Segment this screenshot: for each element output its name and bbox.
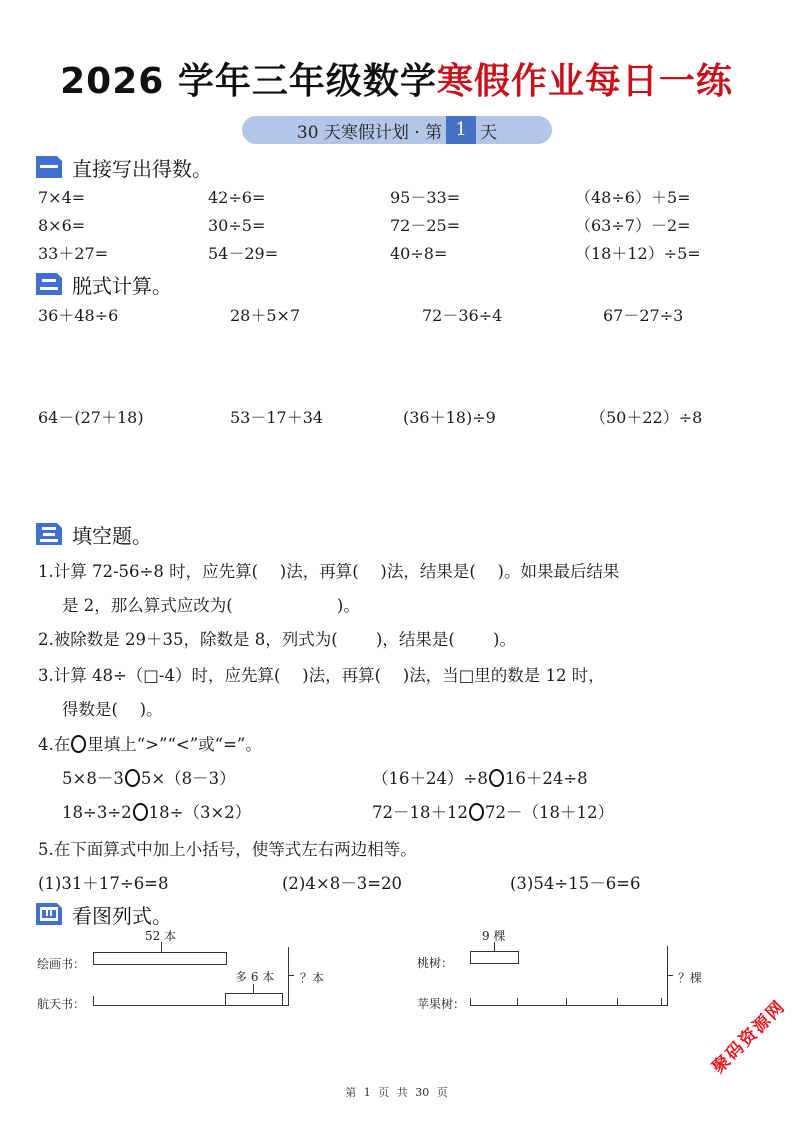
- problem: （63÷7）－2=: [575, 215, 691, 237]
- row-1-label: 桃树：: [417, 954, 453, 971]
- compare-left: 18÷3÷2: [62, 803, 132, 822]
- problem: 42÷6=: [208, 187, 265, 209]
- question-2: 2.被除数是 29＋35，除数是 8，列式为( )，结果是( )。: [38, 628, 516, 652]
- compare-item: 72－18＋1272－（18＋12）: [372, 801, 614, 825]
- diagram-trees: 9 棵 桃树： 苹果树： ？棵: [400, 920, 793, 1020]
- row-1-label: 绘画书：: [37, 955, 85, 972]
- problem: 36＋48÷6: [38, 305, 118, 327]
- problem: 30÷5=: [208, 215, 265, 237]
- compare-circle-blank[interactable]: [469, 803, 484, 821]
- problem: 8×6=: [38, 215, 85, 237]
- compare-right: 72－（18＋12）: [485, 803, 614, 822]
- compare-item: 5×8－35×（8－3）: [62, 767, 236, 791]
- total-label: ？棵: [678, 969, 702, 986]
- section-1-header: 直接写出得数。: [36, 153, 212, 181]
- problem: 33＋27=: [38, 243, 108, 265]
- row-2-label: 航天书：: [37, 995, 85, 1012]
- section-2-title: 脱式计算。: [72, 270, 172, 299]
- problem: 72－36÷4: [422, 305, 502, 327]
- problem: （48÷6）＋5=: [575, 187, 691, 209]
- problem: 53－17＋34: [230, 407, 323, 429]
- question-3-line-2: 得数是( )。: [62, 698, 163, 722]
- problem: （18＋12）÷5=: [575, 243, 701, 265]
- problem: 54－29=: [208, 243, 278, 265]
- problem: 67－27÷3: [603, 305, 683, 327]
- parentheses-item: (3)54÷15－6=6: [510, 872, 641, 896]
- problem: 95－33=: [390, 187, 460, 209]
- question-4: 4.在里填上“>”“<”或“=”。: [38, 733, 262, 757]
- problem: 64－(27＋18): [38, 407, 144, 429]
- row-2-label: 苹果树：: [417, 995, 465, 1012]
- section-number-three-icon: [36, 523, 62, 545]
- compare-left: 72－18＋12: [372, 803, 468, 822]
- step-calc-row: 64－(27＋18) 53－17＋34 (36＋18)÷9 （50＋22）÷8: [0, 407, 793, 429]
- oral-calc-row: 7×4= 42÷6= 95－33= （48÷6）＋5=: [0, 187, 793, 209]
- day-plan-banner: 30 天寒假计划 · 第 1 天: [242, 116, 552, 144]
- page-footer: 第 1 页 共 30 页: [0, 1084, 793, 1100]
- title-red-part: 寒假作业每日一练: [437, 61, 733, 102]
- question-4-prefix: 4.在: [38, 735, 70, 754]
- compare-left: 5×8－3: [62, 769, 124, 788]
- compare-circle-blank[interactable]: [489, 769, 504, 787]
- parentheses-item: (1)31＋17÷6=8: [38, 872, 169, 896]
- plan-prefix: 30 天寒假计划 · 第: [297, 118, 442, 143]
- section-2-header: 脱式计算。: [36, 270, 172, 298]
- question-4-suffix: 里填上“>”“<”或“=”。: [87, 735, 262, 754]
- step-calc-row: 36＋48÷6 28＋5×7 72－36÷4 67－27÷3: [0, 305, 793, 327]
- plan-suffix: 天: [480, 118, 497, 143]
- problem: 7×4=: [38, 187, 85, 209]
- compare-item: （16＋24）÷816＋24÷8: [372, 767, 588, 791]
- compare-item: 18÷3÷218÷（3×2）: [62, 801, 251, 825]
- total-brace: [662, 946, 668, 1006]
- problem: （50＋22）÷8: [590, 407, 702, 429]
- day-number-badge: 1: [446, 116, 476, 144]
- total-label: ？本: [300, 969, 324, 986]
- compare-right: 5×（8－3）: [141, 769, 236, 788]
- compare-circle-blank[interactable]: [133, 803, 148, 821]
- question-5: 5.在下面算式中加上小括号，使等式左右两边相等。: [38, 838, 417, 862]
- oral-calc-row: 8×6= 30÷5= 72－25= （63÷7）－2=: [0, 215, 793, 237]
- problem: 40÷8=: [390, 243, 447, 265]
- section-number-one-icon: [36, 156, 62, 178]
- question-3-line-1: 3.计算 48÷（□-4）时，应先算( )法，再算( )法，当□里的数是 12 …: [38, 664, 605, 688]
- question-1-line-1: 1.计算 72-56÷8 时，应先算( )法，再算( )法，结果是( )。如果最…: [38, 560, 619, 584]
- problem: (36＋18)÷9: [403, 407, 496, 429]
- question-1-line-2: 是 2，那么算式应改为( )。: [62, 594, 360, 618]
- section-3-header: 填空题。: [36, 520, 152, 548]
- problem: 72－25=: [390, 215, 460, 237]
- oral-calc-row: 33＋27= 54－29= 40÷8= （18＋12）÷5=: [0, 243, 793, 265]
- compare-right: 18÷（3×2）: [149, 803, 252, 822]
- section-number-two-icon: [36, 273, 62, 295]
- problem: 28＋5×7: [230, 305, 300, 327]
- diagram-books: 52 本 绘画书： 多 6 本 航天书： ？本: [0, 920, 400, 1020]
- parentheses-item: (2)4×8－3=20: [282, 872, 402, 896]
- title-black-part: 2026 学年三年级数学: [60, 61, 437, 102]
- compare-circle-blank[interactable]: [125, 769, 140, 787]
- total-brace: [283, 947, 289, 1006]
- section-1-title: 直接写出得数。: [72, 153, 212, 182]
- compare-left: （16＋24）÷8: [372, 769, 488, 788]
- extra-label: 多 6 本: [235, 968, 274, 985]
- page-title: 2026 学年三年级数学寒假作业每日一练: [0, 60, 793, 104]
- circle-icon: [71, 735, 86, 753]
- section-3-title: 填空题。: [72, 520, 152, 549]
- compare-right: 16＋24÷8: [505, 769, 588, 788]
